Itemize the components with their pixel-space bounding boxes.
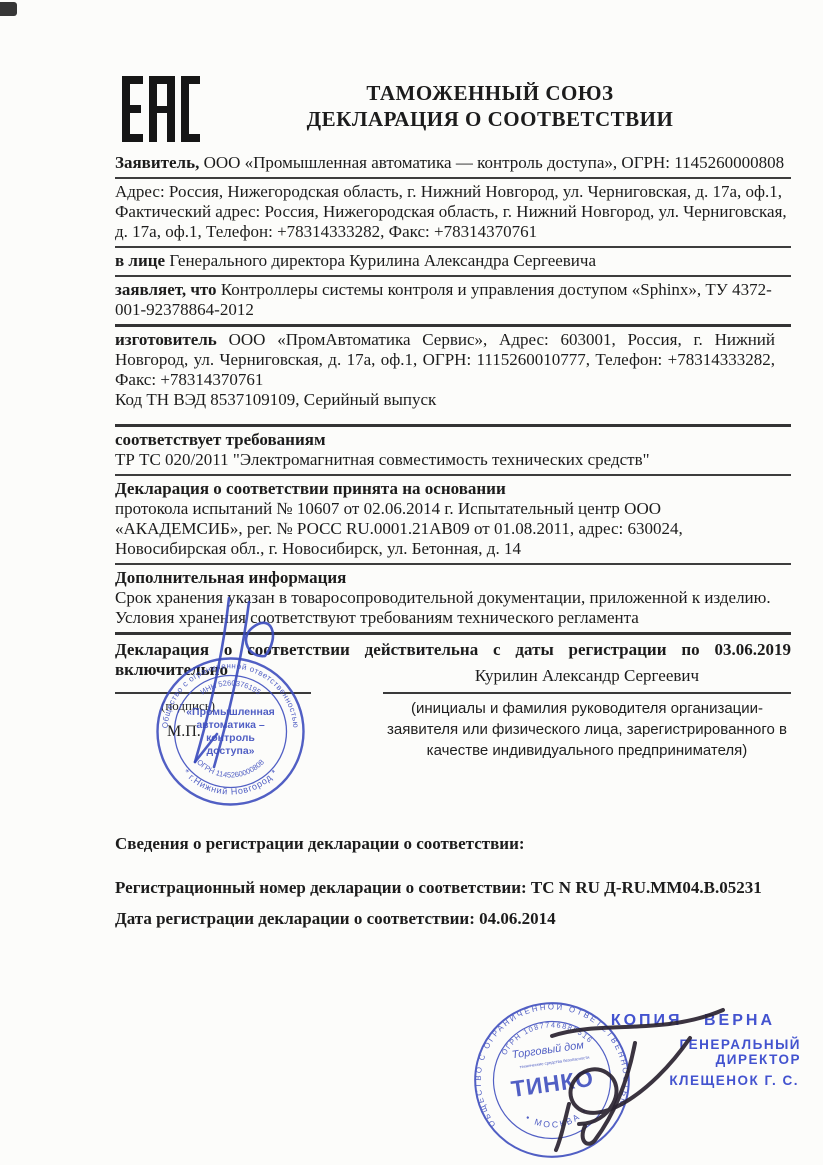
registration-heading: Сведения о регистрации декларации о соот… bbox=[115, 834, 791, 854]
applicant-value: ООО «Промышленная автоматика — контроль … bbox=[199, 153, 784, 172]
registration-number-line: Регистрационный номер декларации о соотв… bbox=[115, 878, 791, 898]
section-declares: заявляет, что Контроллеры системы контро… bbox=[115, 277, 791, 327]
conforms-text: ТР ТС 020/2011 "Электромагнитная совмест… bbox=[115, 450, 791, 470]
in-person-value: Генерального директора Курилина Александ… bbox=[165, 251, 596, 270]
address-text: Адрес: Россия, Нижегородская область, г.… bbox=[115, 182, 791, 242]
stamp-place-label: М.П. bbox=[167, 722, 201, 742]
declaration-body: Заявитель, ООО «Промышленная автоматика … bbox=[115, 150, 791, 929]
conforms-heading: соответствует требованиям bbox=[115, 430, 791, 450]
signature-zone: (подпись) Общество с ограниченной ответс… bbox=[115, 684, 791, 834]
section-applicant: Заявитель, ООО «Промышленная автоматика … bbox=[115, 150, 791, 179]
section-address: Адрес: Россия, Нижегородская область, г.… bbox=[115, 179, 791, 248]
name-caption: (инициалы и фамилия руководителя организ… bbox=[383, 698, 791, 761]
declaration-document-page: EAC ТАМОЖЕННЫЙ СОЮЗ ДЕКЛАРАЦИЯ О СООТВЕТ… bbox=[0, 0, 823, 1165]
section-manufacturer: изготовитель ООО «ПромАвтоматика Сервис»… bbox=[115, 327, 791, 427]
basis-heading: Декларация о соответствии принята на осн… bbox=[115, 479, 727, 499]
dark-handwritten-signature bbox=[538, 998, 748, 1158]
title-line-customs-union: ТАМОЖЕННЫЙ СОЮЗ bbox=[230, 80, 750, 106]
manufacturer-code: Код ТН ВЭД 8537109109, Серийный выпуск bbox=[115, 390, 791, 410]
director-name: Курилин Александр Сергеевич bbox=[383, 666, 791, 686]
section-in-person: в лице Генерального директора Курилина А… bbox=[115, 248, 791, 277]
basis-text: протокола испытаний № 10607 от 02.06.201… bbox=[115, 499, 727, 559]
declares-label: заявляет, что bbox=[115, 280, 217, 299]
eac-letters bbox=[122, 76, 200, 142]
in-person-label: в лице bbox=[115, 251, 165, 270]
document-title: ТАМОЖЕННЫЙ СОЮЗ ДЕКЛАРАЦИЯ О СООТВЕТСТВИ… bbox=[230, 80, 750, 132]
name-line bbox=[383, 692, 791, 694]
registration-date-line: Дата регистрации декларации о соответств… bbox=[115, 909, 791, 929]
blue-handwritten-signature bbox=[167, 592, 327, 807]
scan-corner-artifact bbox=[0, 2, 17, 16]
section-basis: Декларация о соответствии принята на осн… bbox=[115, 476, 791, 565]
manufacturer-label: изготовитель bbox=[115, 330, 217, 349]
additional-heading: Дополнительная информация bbox=[115, 568, 791, 588]
title-line-declaration: ДЕКЛАРАЦИЯ О СООТВЕТСТВИИ bbox=[230, 106, 750, 132]
section-conforms: соответствует требованиям ТР ТС 020/2011… bbox=[115, 427, 791, 476]
applicant-label: Заявитель, bbox=[115, 153, 199, 172]
eac-mark-logo: EAC bbox=[122, 76, 200, 142]
